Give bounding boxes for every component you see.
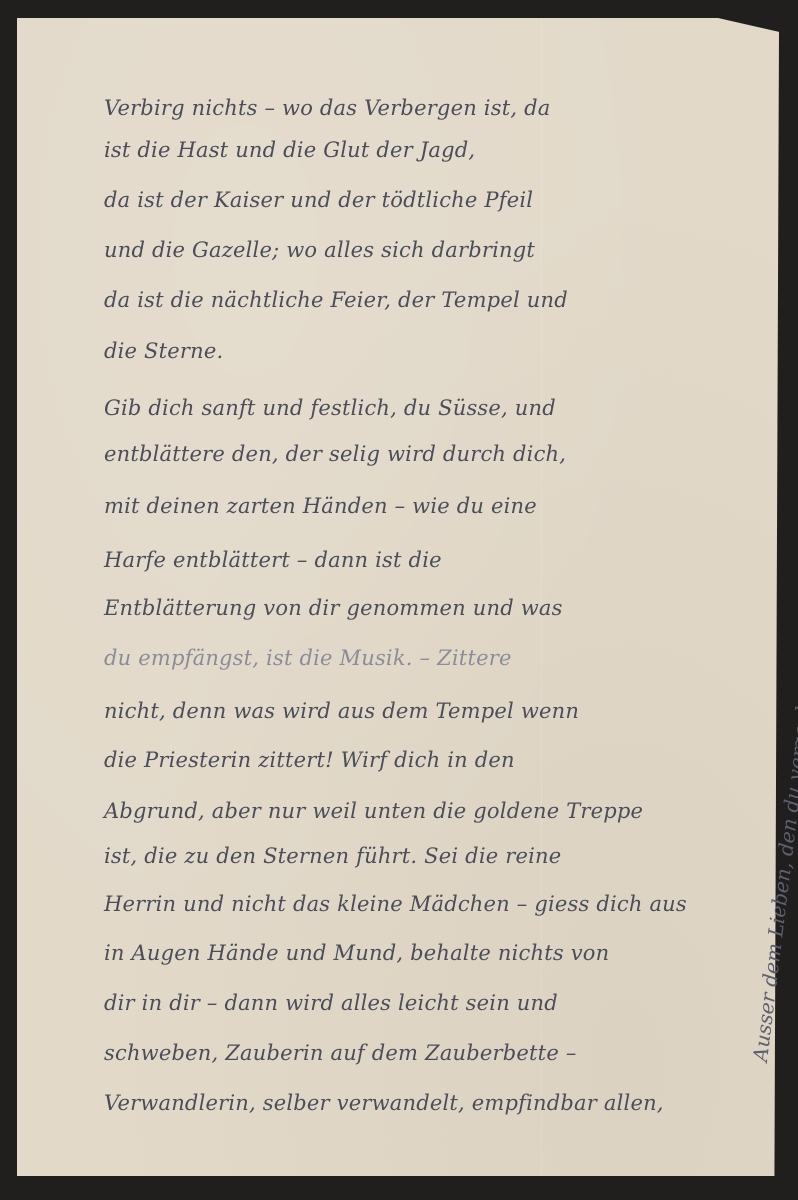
text-line-21: Verwandlerin, selber verwandelt, empfind… xyxy=(104,1083,664,1123)
text-line-4: und die Gazelle; wo alles sich darbringt xyxy=(104,230,535,270)
text-line-9: mit deinen zarten Händen – wie du eine xyxy=(104,486,537,526)
text-line-2: ist die Hast und die Glut der Jagd, xyxy=(104,130,475,170)
text-line-10: Harfe entblättert – dann ist die xyxy=(104,540,442,580)
text-line-12: du empfängst, ist die Musik. – Zittere xyxy=(104,638,512,678)
text-line-15: Abgrund, aber nur weil unten die goldene… xyxy=(104,791,643,831)
text-line-3: da ist der Kaiser und der tödtliche Pfei… xyxy=(104,180,533,220)
text-line-5: da ist die nächtliche Feier, der Tempel … xyxy=(104,280,568,320)
text-line-20: schweben, Zauberin auf dem Zauberbette – xyxy=(104,1033,577,1073)
text-line-14: die Priesterin zittert! Wirf dich in den xyxy=(104,740,515,780)
text-line-17: Herrin und nicht das kleine Mädchen – gi… xyxy=(104,884,687,924)
text-line-1: Verbirg nichts – wo das Verbergen ist, d… xyxy=(104,88,550,128)
text-line-18: in Augen Hände und Mund, behalte nichts … xyxy=(104,933,609,973)
text-line-16: ist, die zu den Sternen führt. Sei die r… xyxy=(104,836,561,876)
text-line-8: entblättere den, der selig wird durch di… xyxy=(104,434,566,474)
text-line-6: die Sterne. xyxy=(104,331,223,371)
text-line-19: dir in dir – dann wird alles leicht sein… xyxy=(104,983,558,1023)
text-line-11: Entblätterung von dir genommen und was xyxy=(104,588,563,628)
text-line-7: Gib dich sanft und festlich, du Süsse, u… xyxy=(104,388,556,428)
text-line-13: nicht, denn was wird aus dem Tempel wenn xyxy=(104,691,579,731)
